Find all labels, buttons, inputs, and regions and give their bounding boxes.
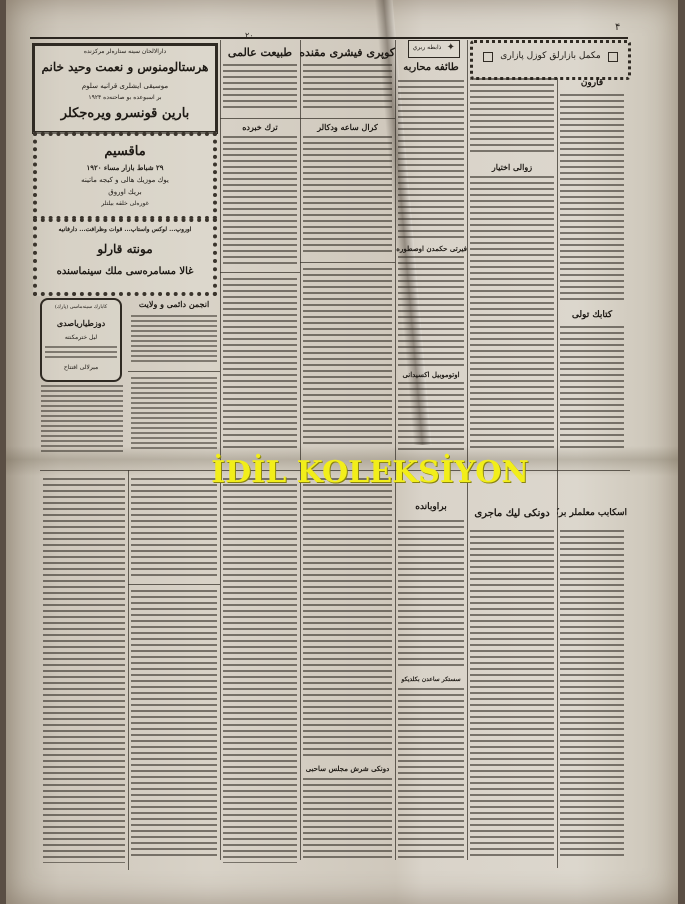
ad-title: هرستالومنوس و نعمت وحيد خانم <box>35 60 215 74</box>
ad-line: بريك اوروق <box>37 188 213 196</box>
column-lower-4: دونكى شرش مجلس ساحبى <box>300 478 395 868</box>
column-taife: طائفه محاربه فيرتى حكمدن اوصطوره ايله كي… <box>395 60 467 455</box>
headline: انجمن دائمى و ولايت <box>128 299 220 309</box>
ad-subtitle: ليل خترمكنته <box>42 334 120 341</box>
column-lower-2 <box>128 478 220 868</box>
column-baravanda: براوبانده سستكر ساعدن بكلديكو <box>395 478 467 868</box>
masthead-label: مكمل بازارلق كوزل پازارى <box>473 51 628 61</box>
headline: دونكى شرش مجلس ساحبى <box>300 764 395 773</box>
ad-cinema-schedule <box>38 385 126 455</box>
side-label: ذابطه ربري <box>409 44 445 51</box>
ad-concert: دارالالحان سينه ستاره‌لر مركزنده هرستالو… <box>32 43 218 134</box>
headline: اسكابب معلملر بركى <box>557 508 627 518</box>
folio-number: ۲٠ <box>245 31 254 40</box>
masthead-ornament-box: مكمل بازارلق كوزل پازارى <box>470 40 631 80</box>
headline: طبيعت عالمى <box>220 46 300 59</box>
ad-maksim: ماقسيم ۲۹ شباط بازار مساء ۱۹۲۰ يوك موزيك… <box>33 132 217 220</box>
headline: كرال ساعه ودكالر <box>300 122 395 132</box>
ad-footer: غالا مسامره‌سى ملك سينماسنده <box>37 266 213 277</box>
column-lower-3 <box>220 478 300 868</box>
ad-title: مونته قارلو <box>37 242 213 256</box>
ad-line: بر اسبوعده بو صاحنه‌ده ۱۹۲۴ <box>35 94 215 101</box>
ad-subtitle: موسيقى ايشلرى قرانيه سلوم <box>35 82 215 90</box>
star-ornament-icon: ✦ <box>447 42 455 53</box>
column-karun: قارون كتابك تولى <box>557 78 627 453</box>
ad-footer: ميرلالى افتتاح <box>42 364 120 371</box>
headline: اوتوموبيل اكسيدانى <box>395 370 467 379</box>
article-anjumen: انجمن دائمى و ولايت <box>128 295 220 455</box>
headline: قارون <box>557 78 627 88</box>
ad-line: يوك موزيك هالى و كيجه ماتينه <box>37 176 213 184</box>
column-ekalliyet: اسكابب معلملر بركى <box>557 478 627 868</box>
ad-footer: غوره‌لى خلقه بيلتلر <box>37 200 213 207</box>
headline: فيرتى حكمدن اوصطوره ايله كيش <box>395 244 467 253</box>
ad-cinema: كابارك سينه‌ماسى (پارك) دوزطيارياصدى ليل… <box>40 298 122 382</box>
side-label-box: ✦ ذابطه ربري <box>408 40 460 58</box>
ad-body-text <box>45 346 117 360</box>
watermark-text: İDİL KOLEKSİYON <box>210 455 530 490</box>
headline: سستكر ساعدن بكلديكو <box>395 676 467 683</box>
page-number: ۴ <box>615 22 620 33</box>
headline: براوبانده <box>395 502 467 512</box>
ad-line: اوروپ... لوكس واستاپ... قوات وظرافت... د… <box>37 226 213 233</box>
headline: كتابك تولى <box>557 310 627 320</box>
ad-kicker: كابارك سينه‌ماسى (پارك) <box>42 304 120 310</box>
ad-date: ۲۹ شباط بازار مساء ۱۹۲۰ <box>37 163 213 172</box>
column-kopri: كوپرى فيشرى مقنده كرال ساعه ودكالر <box>300 42 395 452</box>
column-dunku: دونكى ليك ماجرى <box>467 478 557 868</box>
column-lower-1 <box>40 478 128 868</box>
headline: دونكى ليك ماجرى <box>467 508 557 519</box>
ad-kicker: دارالالحان سينه ستاره‌لر مركزنده <box>35 48 215 55</box>
ad-title: دوزطيارياصدى <box>42 318 120 328</box>
headline: ترك خبرده <box>220 122 300 132</box>
headline: كوپرى فيشرى مقنده <box>300 46 395 59</box>
headline: طائفه محاربه <box>395 62 467 73</box>
column-zevali: زوالى اختيار <box>467 78 557 453</box>
column-tabiat: طبيعت عالمى ترك خبرده <box>220 42 300 452</box>
masthead-rule <box>30 37 628 39</box>
headline: زوالى اختيار <box>467 162 557 172</box>
ad-footer: بارين قونسرو ويره‌جكلر <box>35 106 215 121</box>
ad-title: ماقسيم <box>37 144 213 159</box>
ad-monte-carlo: اوروپ... لوكس واستاپ... قوات وظرافت... د… <box>33 218 217 296</box>
